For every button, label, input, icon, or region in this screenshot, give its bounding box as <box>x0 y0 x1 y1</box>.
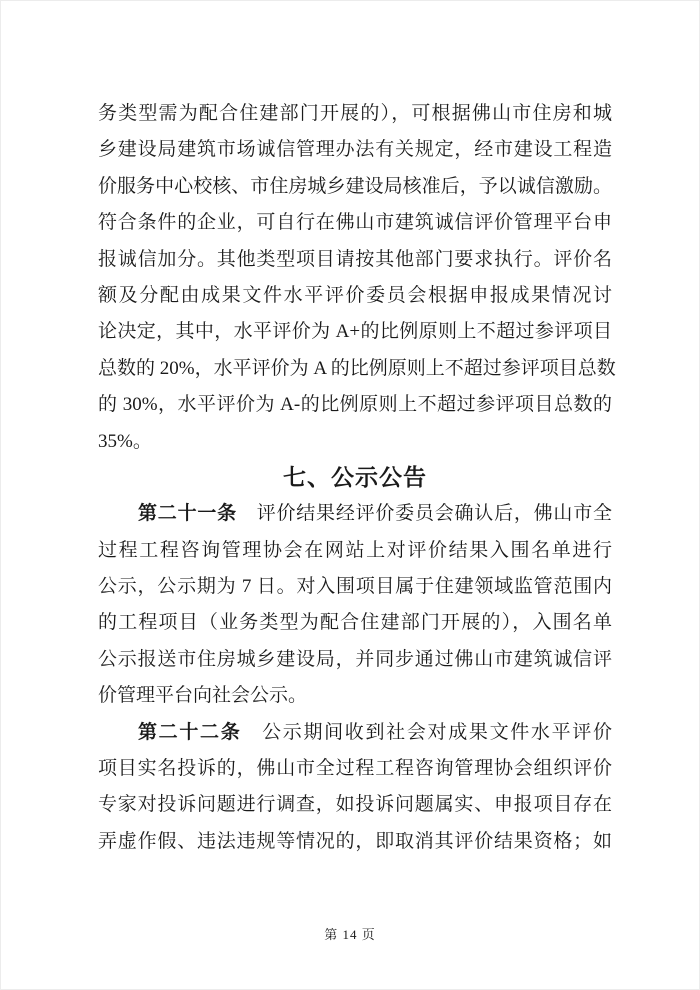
document-page: 务类型需为配合住建部门开展的），可根据佛山市住房和城乡建设局建筑市场诚信管理办法… <box>0 0 700 990</box>
text-line: 务类型需为配合住建部门开展的），可根据佛山市住房和城 <box>98 96 612 132</box>
text-line: 额及分配由成果文件水平评价委员会根据申报成果情况讨 <box>98 278 612 314</box>
text-line: 报诚信加分。其他类型项目请按其他部门要求执行。评价名 <box>98 242 612 278</box>
text-line: 弄虚作假、违法违规等情况的，即取消其评价结果资格；如 <box>98 824 612 860</box>
text-line: 价服务中心校核、市住房城乡建设局核准后，予以诚信激励。 <box>98 169 612 205</box>
text-line: 论决定，其中，水平评价为 A+的比例原则上不超过参评项目 <box>98 314 612 350</box>
text-line: 的工程项目（业务类型为配合住建部门开展的），入围名单 <box>98 605 612 641</box>
text-line: 公示，公示期为 7 日。对入围项目属于住建领域监管范围内 <box>98 569 612 605</box>
text-line: 的 30%，水平评价为 A-的比例原则上不超过参评项目总数的 <box>98 387 612 423</box>
text-line: 价管理平台向社会公示。 <box>98 678 612 714</box>
text-line: 第二十二条 公示期间收到社会对成果文件水平评价 <box>98 715 612 751</box>
text-line: 专家对投诉问题进行调查，如投诉问题属实、申报项目存在 <box>98 787 612 823</box>
text-line: 项目实名投诉的，佛山市全过程工程咨询管理协会组织评价 <box>98 751 612 787</box>
text-line: 第二十一条 评价结果经评价委员会确认后，佛山市全 <box>98 496 612 532</box>
text-line: 35%。 <box>98 424 612 460</box>
text-line: 过程工程咨询管理协会在网站上对评价结果入围名单进行 <box>98 533 612 569</box>
document-body: 务类型需为配合住建部门开展的），可根据佛山市住房和城乡建设局建筑市场诚信管理办法… <box>98 96 612 860</box>
article-label: 第二十一条 <box>138 503 237 524</box>
article-label: 第二十二条 <box>138 722 241 743</box>
section-heading: 七、公示公告 <box>98 460 612 496</box>
text-line: 符合条件的企业，可自行在佛山市建筑诚信评价管理平台申 <box>98 205 612 241</box>
text-line: 公示报送市住房城乡建设局，并同步通过佛山市建筑诚信评 <box>98 642 612 678</box>
page-number: 第 14 页 <box>0 926 700 944</box>
text-line: 乡建设局建筑市场诚信管理办法有关规定，经市建设工程造 <box>98 132 612 168</box>
text-line: 总数的 20%，水平评价为 A 的比例原则上不超过参评项目总数 <box>98 351 612 387</box>
